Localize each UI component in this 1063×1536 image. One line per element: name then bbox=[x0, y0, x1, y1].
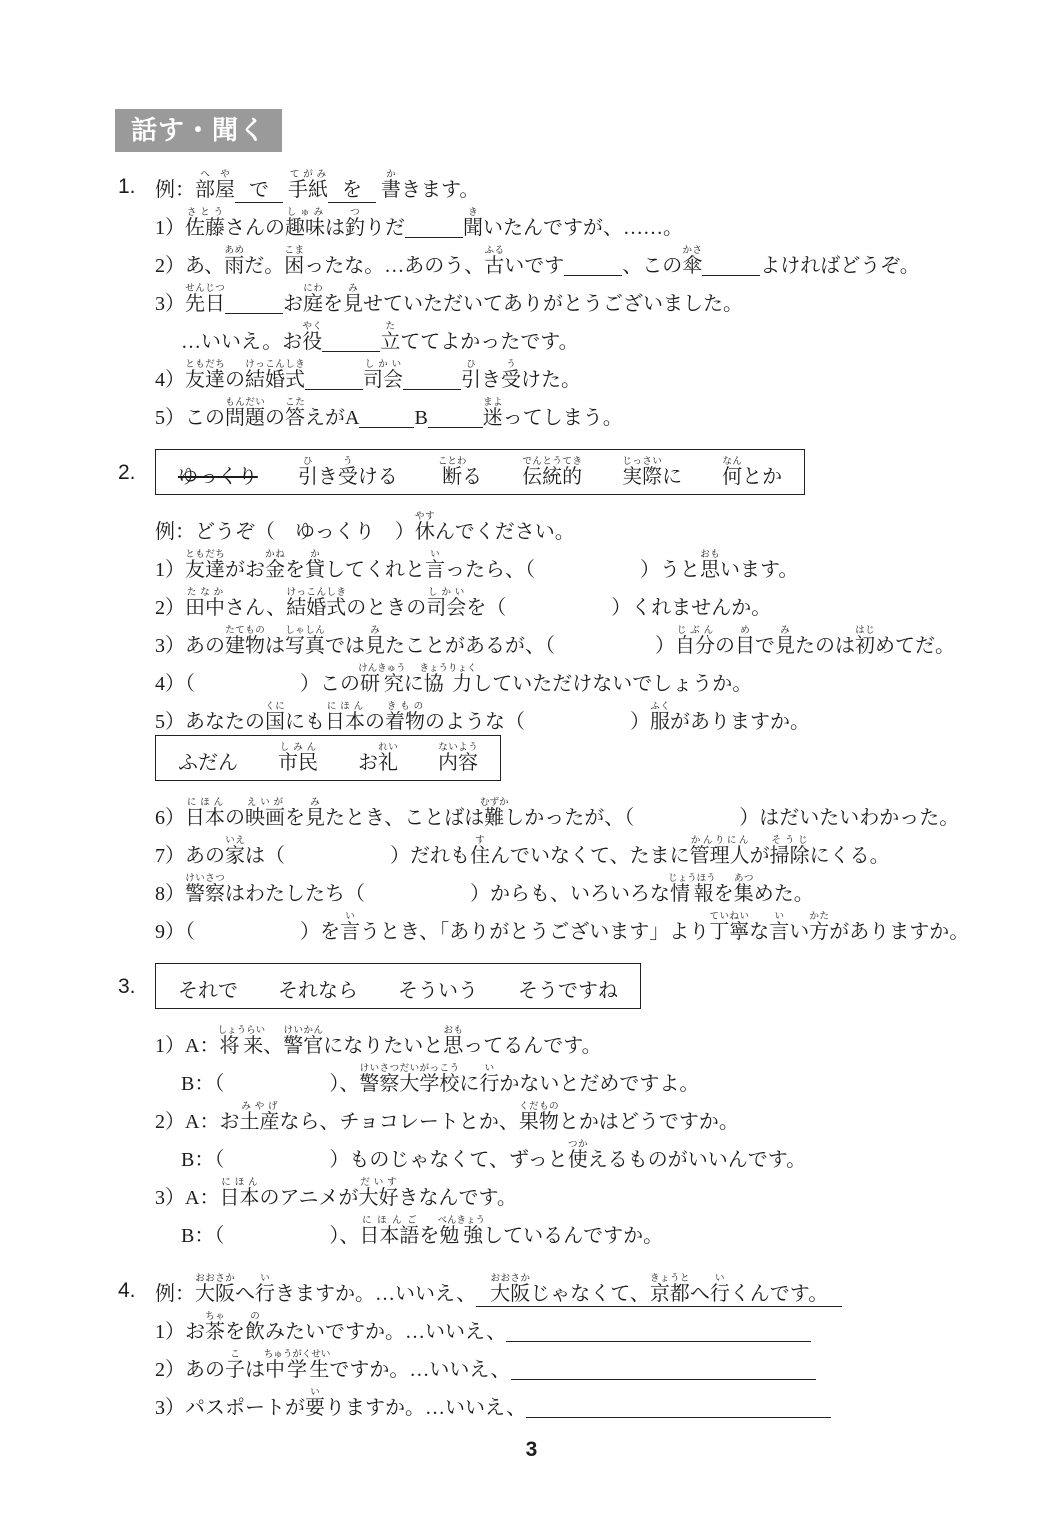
text-line: 6）日本にほんの映画えいがを見みたとき、ことばは難むずかしかったが、（）はだいた… bbox=[155, 791, 1018, 829]
answer-space bbox=[224, 1165, 329, 1166]
answer-space bbox=[285, 861, 390, 862]
ruby-text: 司会しかい bbox=[363, 369, 403, 391]
ruby-text: 着物きもの bbox=[385, 711, 425, 733]
ruby-text: 映画えいが bbox=[245, 807, 285, 829]
fill-in-blank bbox=[506, 1341, 811, 1342]
line-text: 2）A：お土産みやげなら、チョコレートとか、果物くだものとかはどうですか。 bbox=[155, 1102, 739, 1133]
line-text: 3）A：日本にほんのアニメが大好だいすきなんです。 bbox=[155, 1178, 517, 1209]
line-text: B：（）、日本語にほんごを勉強べんきょうしているんですか。 bbox=[181, 1216, 663, 1247]
ruby-text: 掃除そうじ bbox=[770, 845, 810, 867]
line-text: B：（）、警察大学校けいさつだいがっこうに行いかないとだめですよ。 bbox=[181, 1064, 699, 1095]
ruby-text: 困こま bbox=[284, 255, 304, 277]
fill-in-blank bbox=[511, 1379, 816, 1380]
text-line: B：（）、警察大学校けいさつだいがっこうに行いかないとだめですよ。 bbox=[181, 1057, 1018, 1095]
line-text: 5）あなたの国くににも日本にほんの着物きもののような（）服ふくがありますか。 bbox=[155, 702, 810, 733]
word-bank-item: そういう bbox=[398, 974, 478, 1003]
exercise-section-1: 1.例：部屋へやで 手紙てがみを 書かきます。1）佐藤さとうさんの趣味しゅみは釣… bbox=[118, 163, 1018, 429]
ruby-text: 初はじ bbox=[855, 635, 875, 657]
line-text: 2）あの子こは中学生ちゅうがくせいですか。…いいえ、 bbox=[155, 1350, 816, 1381]
ruby-text: 友達ともだち bbox=[185, 559, 225, 581]
ruby-text: 集あつ bbox=[734, 883, 754, 905]
section-number: 4. bbox=[118, 1279, 136, 1303]
ruby-text: 方かた bbox=[809, 921, 829, 943]
example-answer: 大阪おおさかじゃなくて、京都きょうとへ行いくんです。 bbox=[476, 1283, 842, 1307]
ruby-text: 答こた bbox=[285, 407, 305, 429]
ruby-text: 日本にほん bbox=[219, 1187, 259, 1209]
ruby-text: 大好だいす bbox=[358, 1187, 398, 1209]
line-text: 例：大阪おおさかへ行いきますか。…いいえ、大阪おおさかじゃなくて、京都きょうとへ… bbox=[155, 1274, 842, 1305]
ruby-text: 警察けいさつ bbox=[185, 883, 225, 905]
text-line: 4）（）この研究けんきゅうに協力きょうりょくしていただけないでしょうか。 bbox=[155, 657, 1018, 695]
text-line: 9）（）を言いうとき、「ありがとうございます」より丁寧ていねいな言いい方かたがあ… bbox=[155, 905, 1018, 943]
ruby-text: 警官けいかん bbox=[283, 1035, 323, 1057]
fill-in-blank bbox=[359, 427, 414, 428]
word-bank-item: そうですね bbox=[518, 974, 618, 1003]
ruby-text: 友達ともだち bbox=[185, 369, 225, 391]
text-line: 3）A：日本にほんのアニメが大好だいすきなんです。 bbox=[155, 1171, 1018, 1209]
line-text: 3）パスポートが要いりますか。…いいえ、 bbox=[155, 1388, 831, 1419]
line-text: 6）日本にほんの映画えいがを見みたとき、ことばは難むずかしかったが、（）はだいた… bbox=[155, 798, 959, 829]
ruby-text: 雨あめ bbox=[224, 255, 244, 277]
line-text: …いいえ。お役やく立たててよかったです。 bbox=[181, 322, 579, 353]
example-answer: で bbox=[235, 179, 283, 203]
ruby-text: 伝統的でんとうてき bbox=[522, 466, 582, 488]
line-text: B：（）ものじゃなくて、ずっと使つかえるものがいいんです。 bbox=[181, 1140, 806, 1171]
ruby-text: 茶ちゃ bbox=[205, 1321, 225, 1343]
ruby-text: 協力きょうりょく bbox=[424, 673, 473, 695]
text-line: 4）友達ともだちの結婚式けっこんしき司会しかい引ひき受うけた。 bbox=[155, 353, 1018, 391]
text-line: 1）佐藤さとうさんの趣味しゅみは釣つりだ聞きいたんですが、……。 bbox=[155, 201, 1018, 239]
word-bank-item: 内容ないよう bbox=[438, 743, 478, 775]
ruby-text: 市民しみん bbox=[278, 752, 318, 774]
text-line: 例：部屋へやで 手紙てがみを 書かきます。 bbox=[155, 163, 1018, 201]
text-line: 1）友達ともだちがお金かねを貸かしてくれと言いったら、（）うと思おもいます。 bbox=[155, 543, 1018, 581]
ruby-text: 使つか bbox=[568, 1149, 588, 1171]
ruby-text: 聞き bbox=[463, 217, 483, 239]
fill-in-blank bbox=[322, 351, 380, 352]
ruby-text: 実際じっさい bbox=[622, 466, 662, 488]
ruby-text: 土産みやげ bbox=[239, 1111, 279, 1133]
workbook-page: { "badge": { "label": "話す・聞く", "bg": "#9… bbox=[0, 0, 1063, 1536]
text-line: 2）A：お土産みやげなら、チョコレートとか、果物くだものとかはどうですか。 bbox=[155, 1095, 1018, 1133]
ruby-text: 研究けんきゅう bbox=[360, 673, 404, 695]
ruby-text: 国くに bbox=[265, 711, 285, 733]
ruby-text: 建物たてもの bbox=[225, 635, 265, 657]
word-bank: ふだん市民しみんお礼れい内容ないよう bbox=[155, 735, 501, 781]
word-bank-row: ふだん市民しみんお礼れい内容ないよう bbox=[155, 735, 1018, 781]
ruby-text: 書か bbox=[381, 179, 401, 201]
ruby-text: 京都きょうと bbox=[650, 1283, 690, 1305]
line-text: 3）あの建物たてものは写真しゃしんでは見みたことがあるが、（）自分じぶんの目めで… bbox=[155, 626, 955, 657]
section-number: 3. bbox=[118, 975, 136, 999]
ruby-text: 結婚式けっこんしき bbox=[286, 597, 346, 619]
ruby-text: 住す bbox=[470, 845, 490, 867]
ruby-text: 問題もんだい bbox=[225, 407, 265, 429]
ruby-text: 見み bbox=[775, 635, 795, 657]
ruby-text: 古ふる bbox=[484, 255, 504, 277]
ruby-text: 難むずか bbox=[484, 807, 504, 829]
ruby-text: 迷まよ bbox=[483, 407, 503, 429]
ruby-text: 自分じぶん bbox=[675, 635, 715, 657]
answer-space bbox=[525, 727, 630, 728]
word-bank: ゆっくり引ひき受うける断ことわる伝統的でんとうてき実際じっさいに何なんとか bbox=[155, 449, 805, 495]
fill-in-blank bbox=[225, 313, 283, 314]
ruby-text: 行い bbox=[255, 1283, 275, 1305]
fill-in-blank bbox=[526, 1417, 831, 1418]
line-text: 5）この問題もんだいの答こたえがAB迷まよってしまう。 bbox=[155, 398, 623, 429]
line-text: 2）田中たなかさん、結婚式けっこんしきのときの司会しかいを（）くれませんか。 bbox=[155, 588, 771, 619]
ruby-text: 大阪おおさか bbox=[195, 1283, 235, 1305]
line-text: 例：どうぞ（ ゆっくり ）休やすんでください。 bbox=[155, 512, 575, 543]
ruby-text: 果物くだもの bbox=[519, 1111, 559, 1133]
line-text: 3）先日せんじつお庭にわを見みせていただいてありがとうございました。 bbox=[155, 284, 743, 315]
example-answer: を bbox=[328, 179, 376, 203]
ruby-text: 金かね bbox=[265, 559, 285, 581]
ruby-text: 日本語にほんご bbox=[359, 1225, 419, 1247]
ruby-text: 礼れい bbox=[378, 752, 398, 774]
line-text: 1）友達ともだちがお金かねを貸かしてくれと言いったら、（）うと思おもいます。 bbox=[155, 550, 798, 581]
ruby-text: 思おも bbox=[443, 1035, 463, 1057]
word-bank-item: 何なんとか bbox=[722, 457, 782, 489]
answer-space bbox=[195, 937, 300, 938]
ruby-text: 飲の bbox=[245, 1321, 265, 1343]
fill-in-blank bbox=[702, 275, 760, 276]
answer-space bbox=[555, 651, 655, 652]
ruby-text: 司会しかい bbox=[426, 597, 466, 619]
fill-in-blank bbox=[403, 389, 461, 390]
line-text: 7）あの家いえは（）だれも住すんでいなくて、たまに管理人かんりにんが掃除そうじに… bbox=[155, 836, 890, 867]
ruby-text: 見み bbox=[305, 807, 325, 829]
text-line: 8）警察けいさつはわたしたち（）からも、いろいろな情報じょうほうを集あつめた。 bbox=[155, 867, 1018, 905]
word-bank-item: 実際じっさいに bbox=[622, 457, 682, 489]
ruby-text: 目め bbox=[735, 635, 755, 657]
ruby-text: 結婚式けっこんしき bbox=[245, 369, 305, 391]
ruby-text: 田中たなか bbox=[185, 597, 225, 619]
text-line: B：（）ものじゃなくて、ずっと使つかえるものがいいんです。 bbox=[181, 1133, 1018, 1171]
ruby-text: 庭にわ bbox=[303, 293, 323, 315]
ruby-text: 立た bbox=[380, 331, 400, 353]
word-bank-item: 伝統的でんとうてき bbox=[522, 457, 582, 489]
ruby-text: 部屋へや bbox=[195, 179, 235, 201]
line-text: 1）A：将来しょうらい、警官けいかんになりたいと思おもってるんです。 bbox=[155, 1026, 602, 1057]
worksheet: 1.例：部屋へやで 手紙てがみを 書かきます。1）佐藤さとうさんの趣味しゅみは釣… bbox=[118, 163, 1018, 1439]
section-header-badge: 話す・聞く bbox=[115, 109, 282, 152]
text-line: 2）田中たなかさん、結婚式けっこんしきのときの司会しかいを（）くれませんか。 bbox=[155, 581, 1018, 619]
text-line: 1）お茶ちゃを飲のみたいですか。…いいえ、 bbox=[155, 1305, 1018, 1343]
line-text: 例：部屋へやで 手紙てがみを 書かきます。 bbox=[155, 170, 479, 201]
text-line: 例：どうぞ（ ゆっくり ）休やすんでください。 bbox=[155, 505, 1018, 543]
word-bank-item: 引ひき受うける bbox=[298, 457, 398, 489]
exercise-section-3: 3.それでそれならそういうそうですね1）A：将来しょうらい、警官けいかんになりた… bbox=[118, 963, 1018, 1247]
section-number: 2. bbox=[118, 461, 136, 485]
ruby-text: 言い bbox=[340, 921, 360, 943]
text-line: 7）あの家いえは（）だれも住すんでいなくて、たまに管理人かんりにんが掃除そうじに… bbox=[155, 829, 1018, 867]
ruby-text: 見み bbox=[365, 635, 385, 657]
ruby-text: 中学生ちゅうがくせい bbox=[265, 1359, 329, 1381]
text-line: 3）先日せんじつお庭にわを見みせていただいてありがとうございました。 bbox=[155, 277, 1018, 315]
ruby-text: 丁寧ていねい bbox=[709, 921, 749, 943]
ruby-text: 受う bbox=[338, 466, 358, 488]
line-text: 2）あ、雨あめだ。困こまったな。…あのう、古ふるいです、この傘かさよければどうぞ… bbox=[155, 246, 920, 277]
text-line: …いいえ。お役やく立たててよかったです。 bbox=[181, 315, 1018, 353]
text-line: 1）A：将来しょうらい、警官けいかんになりたいと思おもってるんです。 bbox=[155, 1019, 1018, 1057]
ruby-text: 日本にほん bbox=[325, 711, 365, 733]
word-bank-row: それでそれならそういうそうですね bbox=[155, 963, 1018, 1009]
text-line: 2）あの子こは中学生ちゅうがくせいですか。…いいえ、 bbox=[155, 1343, 1018, 1381]
line-text: 4）（）この研究けんきゅうに協力きょうりょくしていただけないでしょうか。 bbox=[155, 664, 752, 695]
answer-space bbox=[535, 575, 640, 576]
text-line: 2）あ、雨あめだ。困こまったな。…あのう、古ふるいです、この傘かさよければどうぞ… bbox=[155, 239, 1018, 277]
text-line: 5）この問題もんだいの答こたえがAB迷まよってしまう。 bbox=[155, 391, 1018, 429]
word-bank-item: 市民しみん bbox=[278, 743, 318, 775]
ruby-text: 言い bbox=[769, 921, 789, 943]
ruby-text: 内容ないよう bbox=[438, 752, 478, 774]
answer-space bbox=[224, 1241, 329, 1242]
fill-in-blank bbox=[305, 389, 363, 390]
line-text: 8）警察けいさつはわたしたち（）からも、いろいろな情報じょうほうを集あつめた。 bbox=[155, 874, 814, 905]
text-line: 3）パスポートが要いりますか。…いいえ、 bbox=[155, 1381, 1018, 1419]
ruby-text: 行い bbox=[479, 1073, 499, 1095]
ruby-text: 服ふく bbox=[650, 711, 670, 733]
line-text: 1）佐藤さとうさんの趣味しゅみは釣つりだ聞きいたんですが、……。 bbox=[155, 208, 683, 239]
text-line: 3）あの建物たてものは写真しゃしんでは見みたことがあるが、（）自分じぶんの目めで… bbox=[155, 619, 1018, 657]
ruby-text: 受う bbox=[501, 369, 521, 391]
answer-space bbox=[224, 1089, 329, 1090]
section-number: 1. bbox=[118, 175, 136, 199]
text-line: 例：大阪おおさかへ行いきますか。…いいえ、大阪おおさかじゃなくて、京都きょうとへ… bbox=[155, 1267, 1018, 1305]
word-bank-item: お礼れい bbox=[358, 743, 398, 775]
fill-in-blank bbox=[405, 237, 463, 238]
ruby-text: 役やく bbox=[302, 331, 322, 353]
ruby-text: 日本にほん bbox=[185, 807, 225, 829]
answer-space bbox=[195, 689, 300, 690]
word-bank-item: 断ことわる bbox=[438, 457, 482, 489]
answer-space bbox=[634, 823, 739, 824]
ruby-text: 貸か bbox=[305, 559, 325, 581]
page-number: 3 bbox=[0, 1438, 1063, 1462]
exercise-section-2: 2.ゆっくり引ひき受うける断ことわる伝統的でんとうてき実際じっさいに何なんとか例… bbox=[118, 449, 1018, 943]
word-bank-item: ふだん bbox=[178, 746, 238, 775]
ruby-text: 休やす bbox=[415, 521, 435, 543]
line-text: 4）友達ともだちの結婚式けっこんしき司会しかい引ひき受うけた。 bbox=[155, 360, 581, 391]
ruby-text: 警察大学校けいさつだいがっこう bbox=[359, 1073, 459, 1095]
word-bank-item: ゆっくり bbox=[178, 460, 258, 489]
ruby-text: 行い bbox=[710, 1283, 730, 1305]
ruby-text: 引ひ bbox=[461, 369, 481, 391]
ruby-text: 家いえ bbox=[225, 845, 245, 867]
ruby-text: 子こ bbox=[225, 1359, 245, 1381]
ruby-text: 釣つ bbox=[345, 217, 365, 239]
fill-in-blank bbox=[564, 275, 622, 276]
ruby-text: 言い bbox=[425, 559, 445, 581]
ruby-text: 傘かさ bbox=[682, 255, 702, 277]
used-word: ゆっくり bbox=[178, 466, 258, 488]
line-text: 9）（）を言いうとき、「ありがとうございます」より丁寧ていねいな言いい方かたがあ… bbox=[155, 912, 969, 943]
ruby-text: 佐藤さとう bbox=[185, 217, 225, 239]
line-text: 1）お茶ちゃを飲のみたいですか。…いいえ、 bbox=[155, 1312, 811, 1343]
ruby-text: 引ひ bbox=[298, 466, 318, 488]
answer-space bbox=[365, 899, 470, 900]
ruby-text: 勉強べんきょう bbox=[439, 1225, 483, 1247]
word-bank-item: それで bbox=[178, 974, 238, 1003]
ruby-text: 見み bbox=[343, 293, 363, 315]
fill-in-blank bbox=[428, 427, 483, 428]
ruby-text: 思おも bbox=[700, 559, 720, 581]
ruby-text: 管理人かんりにん bbox=[690, 845, 750, 867]
ruby-text: 趣味しゅみ bbox=[285, 217, 325, 239]
ruby-text: 写真しゃしん bbox=[285, 635, 325, 657]
word-bank: それでそれならそういうそうですね bbox=[155, 963, 641, 1009]
ruby-text: 手紙てがみ bbox=[288, 179, 328, 201]
word-bank-row: ゆっくり引ひき受うける断ことわる伝統的でんとうてき実際じっさいに何なんとか bbox=[155, 449, 1018, 495]
ruby-text: 断ことわ bbox=[438, 466, 462, 488]
ruby-text: 将来しょうらい bbox=[219, 1035, 263, 1057]
answer-space bbox=[506, 613, 611, 614]
text-line: B：（）、日本語にほんごを勉強べんきょうしているんですか。 bbox=[181, 1209, 1018, 1247]
ruby-text: 先日せんじつ bbox=[185, 293, 225, 315]
ruby-text: 要い bbox=[305, 1397, 325, 1419]
exercise-section-4: 4.例：大阪おおさかへ行いきますか。…いいえ、大阪おおさかじゃなくて、京都きょう… bbox=[118, 1267, 1018, 1419]
text-line: 5）あなたの国くににも日本にほんの着物きもののような（）服ふくがありますか。 bbox=[155, 695, 1018, 733]
word-bank-item: それなら bbox=[278, 974, 358, 1003]
ruby-text: 大阪おおさか bbox=[490, 1283, 530, 1305]
ruby-text: 何なん bbox=[722, 466, 742, 488]
ruby-text: 情報じょうほう bbox=[670, 883, 714, 905]
